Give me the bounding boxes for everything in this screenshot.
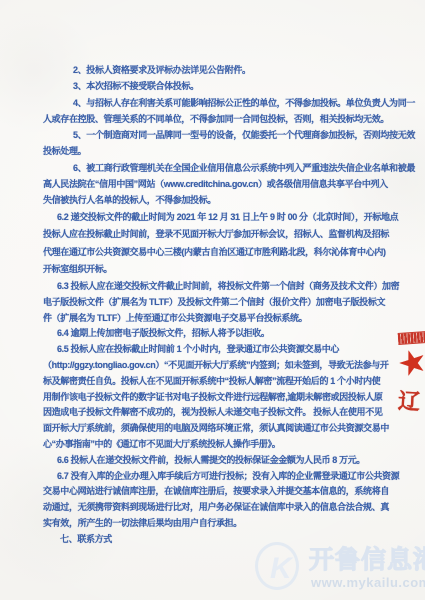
document-line: 投标处理。 (0, 143, 425, 159)
watermark-site-url: www.mykailu.com (311, 575, 425, 590)
document-line: 6.6 投标人在递交投标文件前，投标人需提交的投标保证金金额为人民币 8 万元。 (0, 453, 425, 469)
document-line: 动通过，无须携带资料到现场进行比对，用户务必保证在诚信库中录入的信息合法合规、真 (0, 500, 425, 516)
watermark-site-name: 开鲁信息港 (309, 545, 425, 575)
document-line: （http://ggzy.tongliao.gov.cn）“不见面开标大厅系统”… (0, 358, 425, 374)
document-line: 实有效，所产生的一切法律后果均由用户自行承担。 (0, 516, 425, 532)
scanned-document-page: 2、投标人资格要求及评标办法详见公告附件。3、本次招标不接受联合体投标。4、与招… (0, 0, 425, 600)
watermark-logo-letter: K (270, 552, 292, 586)
document-line: 件（扩展名为 TLTF）上传至通辽市公共资源电子交易平台投标系统。 (0, 311, 425, 327)
document-line: 用制作该电子投标文件的数字证书对电子投标文件进行远程解密,逾期未解密或因投标人原 (0, 390, 425, 406)
document-line: 6.3 投标人应在递交投标文件截止时间前，将投标文件第一个信封（商务及技术文件）… (0, 279, 425, 295)
red-seal-fragment: ★ 辽 (395, 325, 425, 430)
document-line: 失信被执行人名单的投标人，不得参加投标。 (0, 192, 425, 208)
document-line: 标及解密责任自负。投标人在不见面开标系统中“投标人解密”流程开始后的 1 个小时… (0, 374, 425, 390)
document-line: 6.4 逾期上传加密电子版投标文件，招标人将予以拒收。 (0, 326, 425, 342)
seal-star-icon: ★ (395, 344, 425, 383)
document-line: 高人民法院在“信用中国”网站（www.creditchina.gov.cn）或各… (0, 176, 425, 192)
document-line: 投标人应在投标截止时间前，登录不见面开标大厅参加开标会议，招标人、监督机构及招标 (0, 226, 425, 244)
document-line: 6.7 没有入库的企业办理入库手续后方可进行投标；没有入库的企业需登录通辽市公共… (0, 469, 425, 485)
document-line: 6.5 投标人应在投标截止时间前 1 个小时内，登录通辽市公共资源交易中心 (0, 342, 425, 358)
document-line: 心“办事指南”中的《通辽市不见面大厅系统投标人操作手册》。 (0, 437, 425, 453)
document-line: 电子版投标文件（扩展名为 TLTF）及投标文件第二个信封（报价文件）加密电子版投… (0, 295, 425, 311)
document-line: 4、与招标人存在利害关系可能影响招标公正性的单位，不得参加投标。单位负责人为同一 (0, 95, 425, 111)
document-line: 6、被工商行政管理机关在全国企业信用信息公示系统中列入严重违法失信企业名单和被最 (0, 160, 425, 176)
document-line: 开标室组织开标。 (0, 261, 425, 279)
site-watermark: K 开鲁信息港 www.mykailu.com (253, 537, 425, 597)
document-line: 6.2 递交投标文件的截止时间为 2021 年 12 月 31 日上午 9 时 … (0, 209, 425, 227)
document-line: 2、投标人资格要求及评标办法详见公告附件。 (0, 62, 425, 78)
document-line: 代理在通辽市公共资源交易中心三楼(内蒙古自治区通辽市胜利路北段，科尔沁体育中心内… (0, 244, 425, 262)
seal-partial-character: 辽 (397, 388, 420, 415)
document-line: 面开标大厅系统前，须确保使用的电脑及网络环境正常，须认真阅读通辽市公共资源交易中 (0, 421, 425, 437)
watermark-logo-icon: K (255, 542, 299, 590)
seal-code-bar (398, 331, 425, 345)
document-text: 2、投标人资格要求及评标办法详见公告附件。3、本次招标不接受联合体投标。4、与招… (0, 62, 425, 548)
document-line: 5、一个制造商对同一品牌同一型号的设备，仅能委托一个代理商参加投标，否则均按无效 (0, 127, 425, 143)
document-line: 3、本次招标不接受联合体投标。 (0, 78, 425, 94)
document-line: 因造成电子投标文件解密不成功的，视为投标人未递交电子投标文件。 投标人在使用不见 (0, 405, 425, 421)
document-line: 交易中心网站进行诚信库注册，在诚信库注册后，按要求录入并提交基本信息的，系统将自 (0, 484, 425, 500)
document-line: 人或存在控股、管理关系的不同单位，不得参加同一合同包投标，否则，相关投标均无效。 (0, 111, 425, 127)
